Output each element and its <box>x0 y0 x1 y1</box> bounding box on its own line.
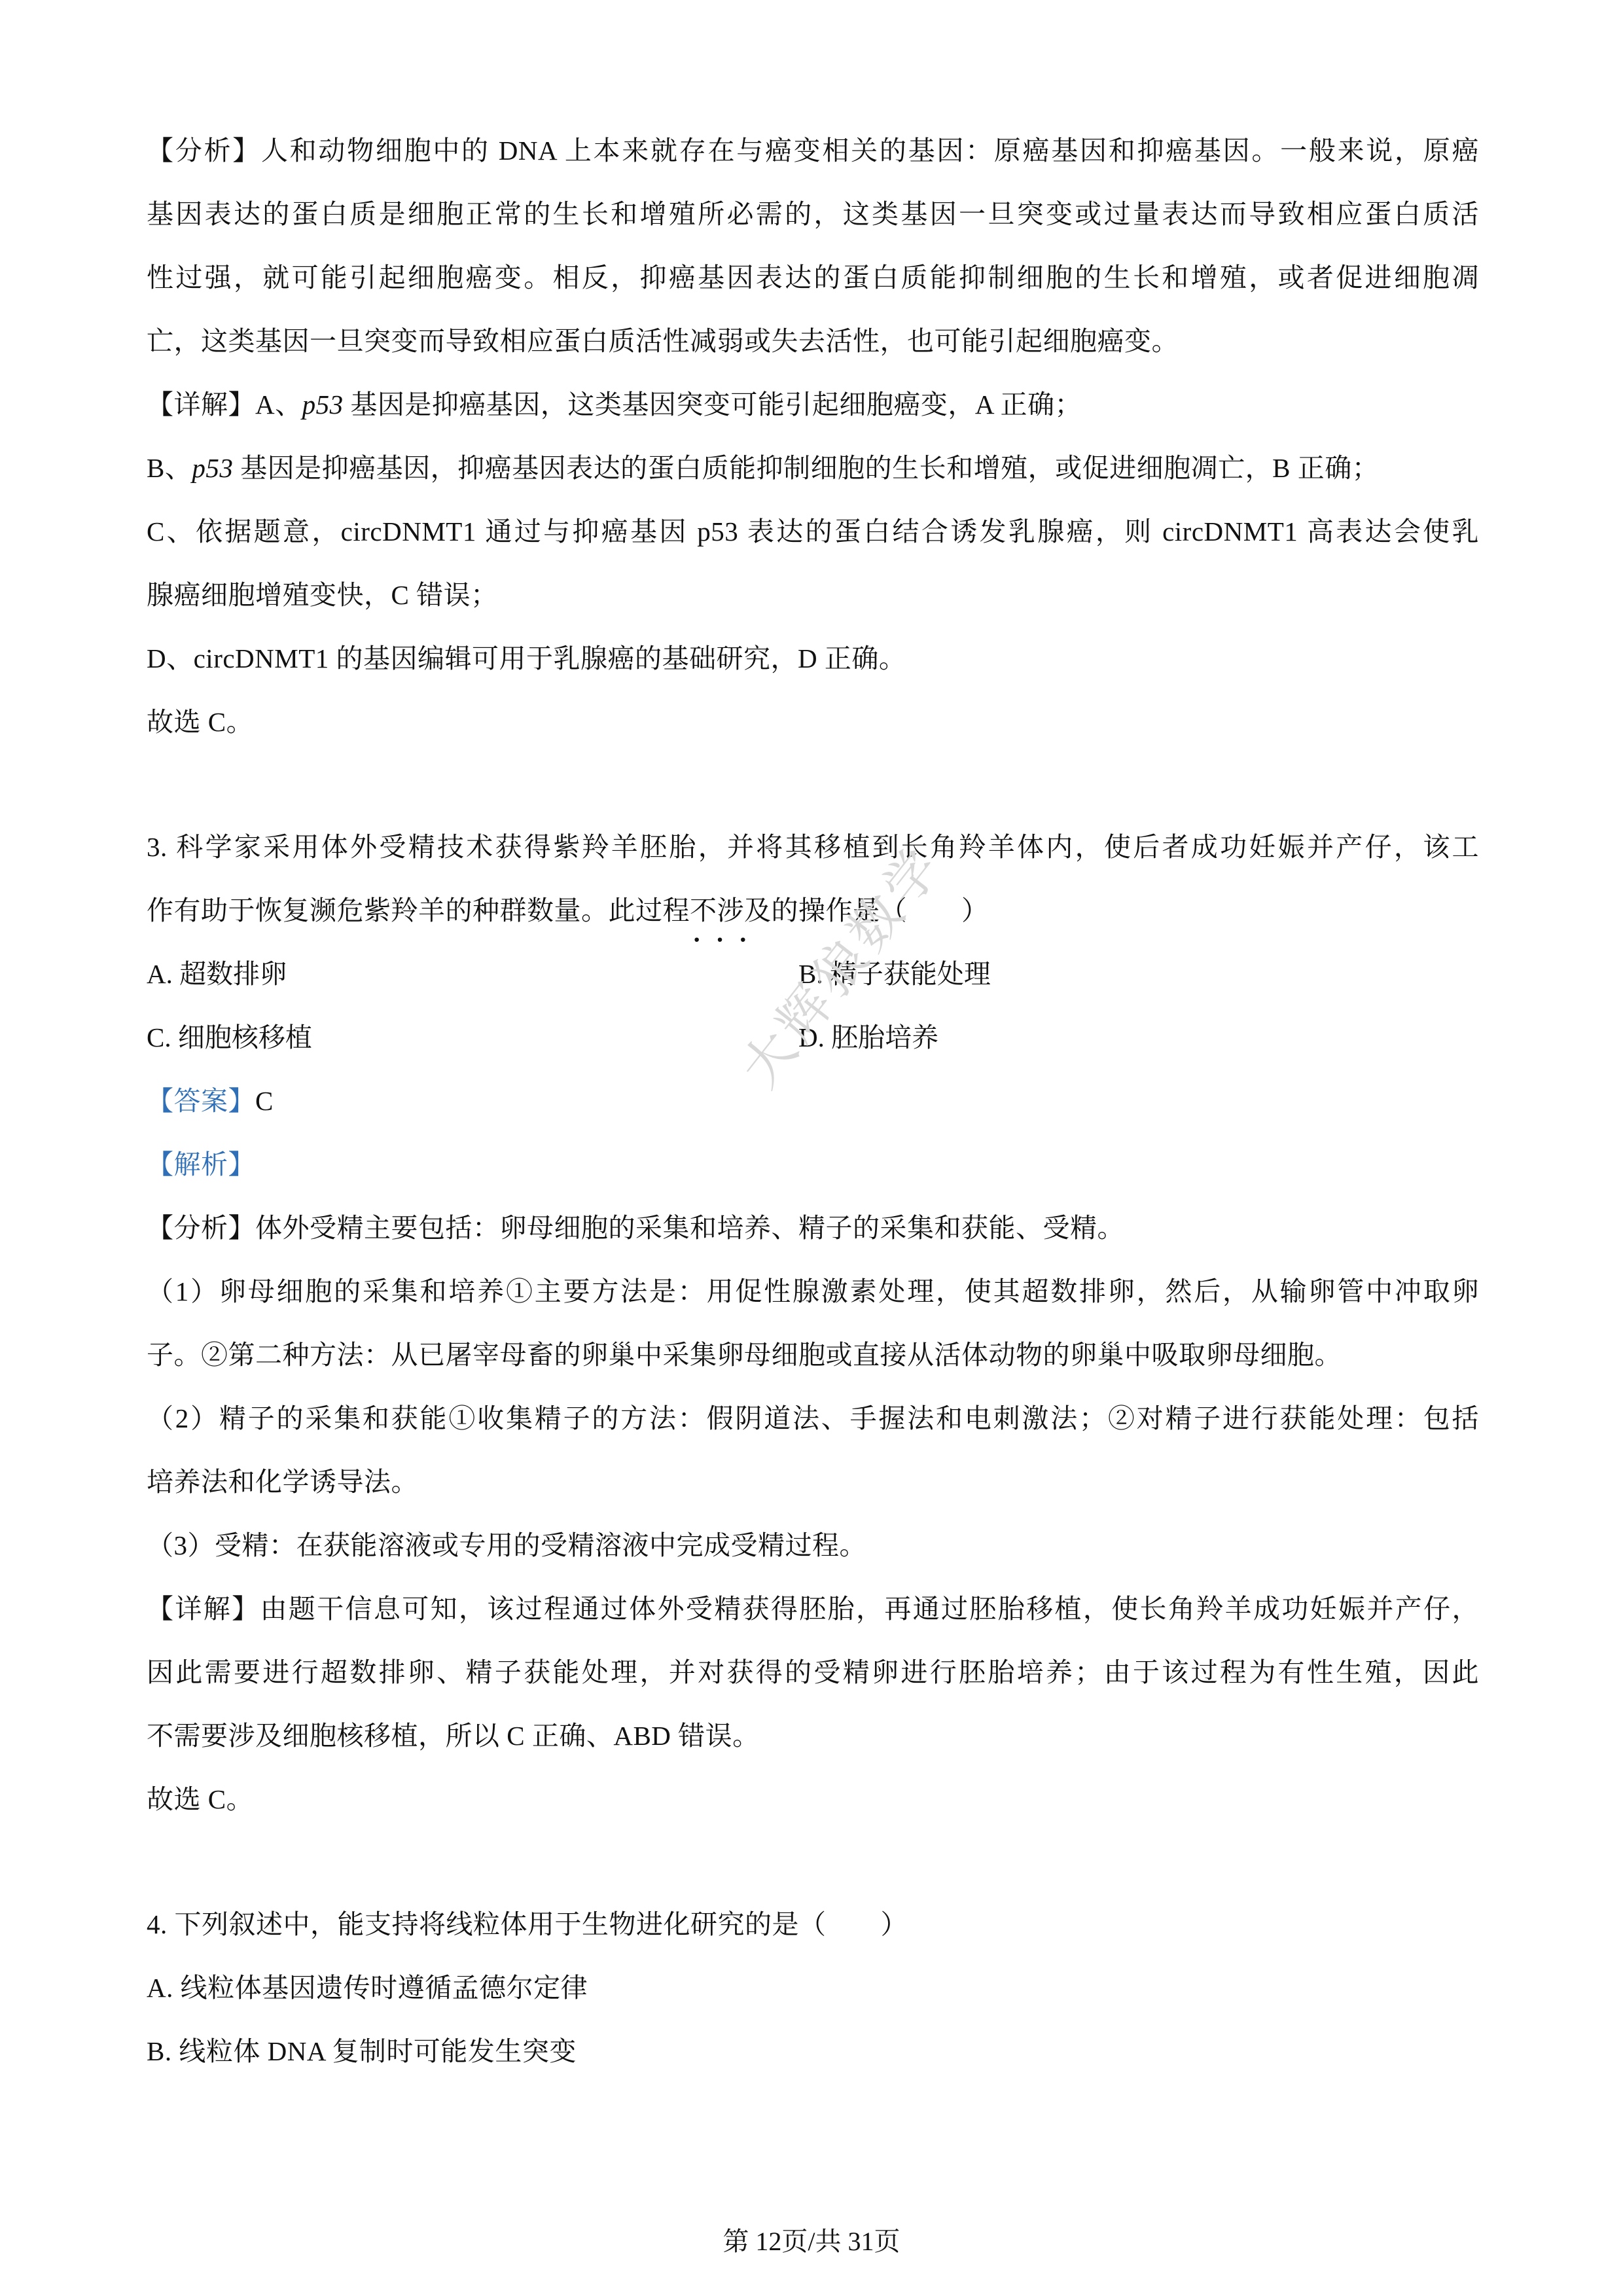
q3-stem-line-1: 3. 科学家采用体外受精技术获得紫羚羊胚胎，并将其移植到长角羚羊体内，使后者成功… <box>147 827 1479 867</box>
q3-point-2a: （2）精子的采集和获能①收集精子的方法：假阴道法、手握法和电刺激法；②对精子进行… <box>147 1399 1479 1438</box>
q4-option-b: B. 线粒体 DNA 复制时可能发生突变 <box>147 2032 1479 2071</box>
detail-line-a: 【详解】A、p53 基因是抑癌基因，这类基因突变可能引起细胞癌变，A 正确； <box>147 385 1479 424</box>
page-footer: 第 12页/共 31页 <box>0 2225 1623 2258</box>
analysis-line-2: 基因表达的蛋白质是细胞正常的生长和增殖所必需的，这类基因一旦突变或过量表达而导致… <box>147 194 1479 234</box>
q3-conclusion: 故选 C。 <box>147 1780 1479 1819</box>
analysis-line-1: 【分析】人和动物细胞中的 DNA 上本来就存在与癌变相关的基因：原癌基因和抑癌基… <box>147 131 1479 170</box>
q4-option-a: A. 线粒体基因遗传时遵循孟德尔定律 <box>147 1968 1479 2007</box>
q3-point-1a: （1）卵母细胞的采集和培养①主要方法是：用促性腺激素处理，使其超数排卵，然后，从… <box>147 1272 1479 1311</box>
q3-detail-line-1: 【详解】由题干信息可知，该过程通过体外受精获得胚胎，再通过胚胎移植，使长角羚羊成… <box>147 1589 1479 1628</box>
answer-tag: 【答案】 <box>147 1086 255 1116</box>
q3-jiexi-tag: 【解析】 <box>147 1145 1479 1184</box>
gene-name: p53 <box>302 389 344 420</box>
analysis-tag: 【分析】 <box>147 1213 255 1243</box>
detail-line-c2: 腺癌细胞增殖变快，C 错误； <box>147 575 1479 615</box>
gene-name: p53 <box>192 453 233 483</box>
detail-line-c1: C、依据题意，circDNMT1 通过与抑癌基因 p53 表达的蛋白结合诱发乳腺… <box>147 512 1479 551</box>
analysis-line-4: 亡，这类基因一旦突变而导致相应蛋白质活性减弱或失去活性，也可能引起细胞癌变。 <box>147 321 1479 361</box>
q3-analysis: 【分析】体外受精主要包括：卵母细胞的采集和培养、精子的采集和获能、受精。 <box>147 1208 1479 1247</box>
analysis-line-3: 性过强，就可能引起细胞癌变。相反，抑癌基因表达的蛋白质能抑制细胞的生长和增殖，或… <box>147 258 1479 297</box>
q3-option-c: C. 细胞核移植 <box>147 1018 312 1057</box>
analysis-tag: 【分析】 <box>147 135 261 166</box>
detail-tag: 【详解】 <box>147 389 255 420</box>
q3-answer: 【答案】C <box>147 1081 1479 1121</box>
detail-line-d: D、circDNMT1 的基因编辑可用于乳腺癌的基础研究，D 正确。 <box>147 639 1479 678</box>
q3-detail-line-3: 不需要涉及细胞核移植，所以 C 正确、ABD 错误。 <box>147 1716 1479 1755</box>
q4-stem: 4. 下列叙述中，能支持将线粒体用于生物进化研究的是（ ） <box>147 1905 1479 1944</box>
detail-conclusion: 故选 C。 <box>147 702 1479 742</box>
q3-point-1b: 子。②第二种方法：从已屠宰母畜的卵巢中采集卵母细胞或直接从活体动物的卵巢中吸取卵… <box>147 1335 1479 1374</box>
detail-line-b: B、p53 基因是抑癌基因，抑癌基因表达的蛋白质能抑制细胞的生长和增殖，或促进细… <box>147 448 1479 488</box>
q3-option-a: A. 超数排卵 <box>147 954 287 994</box>
q3-stem-line-2: 作有助于恢复濒危紫羚羊的种群数量。此过程不涉及的操作是（ ） <box>147 891 1479 930</box>
answer-value: C <box>255 1086 274 1116</box>
q3-point-3: （3）受精：在获能溶液或专用的受精溶液中完成受精过程。 <box>147 1526 1479 1565</box>
detail-tag: 【详解】 <box>147 1594 260 1624</box>
document-page: 【分析】人和动物细胞中的 DNA 上本来就存在与癌变相关的基因：原癌基因和抑癌基… <box>0 0 1623 2296</box>
q3-detail-line-2: 因此需要进行超数排卵、精子获能处理，并对获得的受精卵进行胚胎培养；由于该过程为有… <box>147 1653 1479 1692</box>
q3-point-2b: 培养法和化学诱导法。 <box>147 1462 1479 1501</box>
emphasis-text: 不涉及 <box>690 895 772 925</box>
